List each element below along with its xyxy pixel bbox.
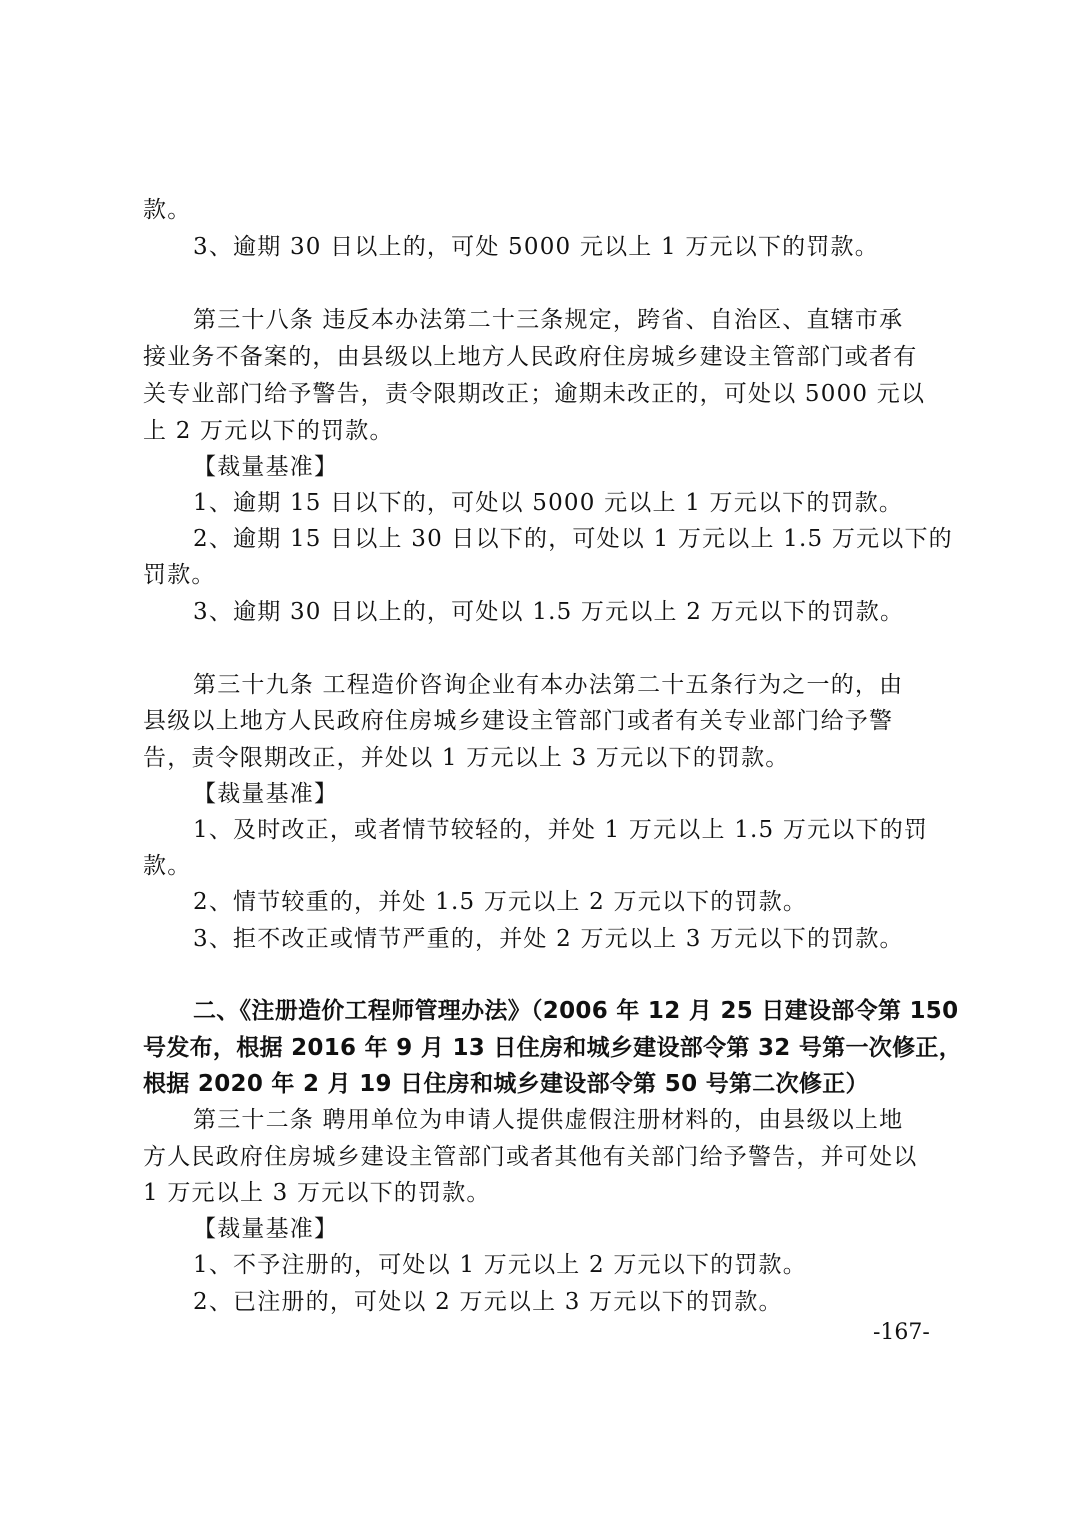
text-line: 款。 — [143, 848, 943, 884]
text-line: 3、逾期 30 日以上的，可处 5000 元以上 1 万元以下的罚款。 — [193, 229, 993, 265]
discretion-standard-heading: 【裁量基准】 — [193, 1211, 993, 1247]
article-39-line: 第三十九条 工程造价咨询企业有本办法第二十五条行为之一的，由 — [193, 667, 993, 703]
discretion-standard-heading: 【裁量基准】 — [193, 776, 993, 812]
section-heading: 号发布，根据 2016 年 9 月 13 日住房和城乡建设部令第 32 号第一次… — [143, 1030, 943, 1066]
text-line: 罚款。 — [143, 557, 943, 593]
text-line: 县级以上地方人民政府住房城乡建设主管部门或者有关专业部门给予警 — [143, 703, 943, 739]
text-line: 1、逾期 15 日以下的，可处以 5000 元以上 1 万元以下的罚款。 — [193, 485, 993, 521]
document-page: 款。 3、逾期 30 日以上的，可处 5000 元以上 1 万元以下的罚款。 第… — [0, 0, 1075, 1520]
discretion-standard-heading: 【裁量基准】 — [193, 449, 993, 485]
text-line: 2、逾期 15 日以上 30 日以下的，可处以 1 万元以上 1.5 万元以下的 — [193, 521, 993, 557]
text-line: 上 2 万元以下的罚款。 — [143, 413, 943, 449]
text-line: 3、拒不改正或情节严重的，并处 2 万元以上 3 万元以下的罚款。 — [193, 921, 993, 957]
text-line: 方人民政府住房城乡建设主管部门或者其他有关部门给予警告，并可处以 — [143, 1139, 943, 1175]
article-32-line: 第三十二条 聘用单位为申请人提供虚假注册材料的，由县级以上地 — [193, 1102, 993, 1138]
text-line: 接业务不备案的，由县级以上地方人民政府住房城乡建设主管部门或者有 — [143, 339, 943, 375]
text-line: 3、逾期 30 日以上的，可处以 1.5 万元以上 2 万元以下的罚款。 — [193, 594, 993, 630]
text-line: 1、不予注册的，可处以 1 万元以上 2 万元以下的罚款。 — [193, 1247, 993, 1283]
article-38-line: 第三十八条 违反本办法第二十三条规定，跨省、自治区、直辖市承 — [193, 302, 993, 338]
text-line: 2、已注册的，可处以 2 万元以上 3 万元以下的罚款。 — [193, 1284, 993, 1320]
text-line: 关专业部门给予警告，责令限期改正；逾期未改正的，可处以 5000 元以 — [143, 376, 943, 412]
section-heading: 根据 2020 年 2 月 19 日住房和城乡建设部令第 50 号第二次修正） — [143, 1066, 943, 1102]
page-number: -167- — [873, 1318, 930, 1348]
text-line: 1、及时改正，或者情节较轻的，并处 1 万元以上 1.5 万元以下的罚 — [193, 812, 993, 848]
text-line: 2、情节较重的，并处 1.5 万元以上 2 万元以下的罚款。 — [193, 884, 993, 920]
section-heading: 二、《注册造价工程师管理办法》（2006 年 12 月 25 日建设部令第 15… — [193, 993, 993, 1029]
text-line: 1 万元以上 3 万元以下的罚款。 — [143, 1175, 943, 1211]
text-line: 告，责令限期改正，并处以 1 万元以上 3 万元以下的罚款。 — [143, 740, 943, 776]
text-line: 款。 — [143, 192, 943, 228]
